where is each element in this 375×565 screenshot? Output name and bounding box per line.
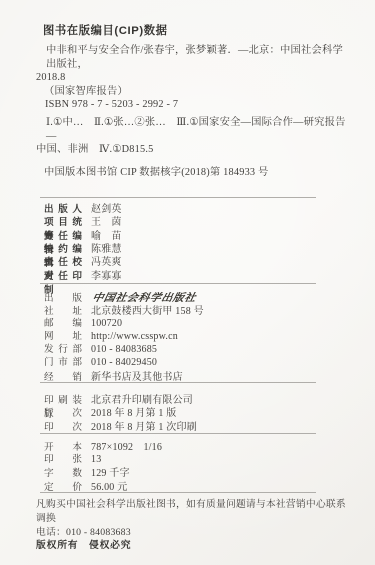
cip-class-line-2: 中国、非洲 Ⅳ.①D815.5 bbox=[36, 143, 347, 156]
divider-rule-2 bbox=[40, 283, 316, 284]
publisher-field-value: 新华书店及其他书店 bbox=[91, 368, 183, 383]
format-row: 字数 129 千字 bbox=[36, 464, 347, 477]
publisher-row: 发行部 010 - 84083685 bbox=[36, 341, 347, 354]
cip-record-line: 中国版本图书馆 CIP 数据核字(2018)第 184933 号 bbox=[44, 166, 347, 179]
format-field-label: 印张 bbox=[44, 451, 82, 465]
publisher-field-label: 网址 bbox=[44, 328, 82, 342]
printing-field-value: 2018 年 8 月第 1 次印刷 bbox=[91, 418, 197, 433]
publisher-website-url: http://www.csspw.cn bbox=[91, 331, 178, 342]
staff-row: 责任印制 李寡寡 bbox=[36, 267, 347, 280]
staff-row: 出版人 赵剑英 bbox=[36, 200, 347, 213]
format-block: 开本 787×1092 1/16 印张 13 字数 129 千字 定价 56.0… bbox=[36, 438, 347, 491]
cip-header: 图书在版编目(CIP)数据 bbox=[43, 25, 347, 38]
staff-row: 责任校对 冯英爽 bbox=[36, 253, 347, 266]
format-row: 开本 787×1092 1/16 bbox=[36, 438, 347, 451]
publisher-field-value: 100720 bbox=[91, 318, 122, 329]
cip-series-line: （国家智库报告） bbox=[44, 85, 347, 98]
publisher-row: 经销 新华书店及其他书店 bbox=[36, 368, 347, 381]
publisher-field-label: 门市部 bbox=[44, 354, 82, 368]
printing-row: 印次 2018 年 8 月第 1 次印刷 bbox=[36, 418, 347, 431]
footer-block: 凡购买中国社会科学出版社图书，如有质量问题请与本社营销中心联系调换 电话：010… bbox=[36, 498, 347, 553]
cip-block: 图书在版编目(CIP)数据 中非和平与安全合作/张春宇，张梦颖著．—北京：中国社… bbox=[36, 25, 347, 179]
format-price-value: 56.00 元 bbox=[91, 478, 127, 493]
format-field-value: 787×1092 1/16 bbox=[91, 438, 162, 453]
publisher-phone: 010 - 84083685 bbox=[91, 344, 157, 355]
service-phone: 电话：010 - 84083683 bbox=[36, 526, 347, 540]
cip-isbn-line: ISBN 978 - 7 - 5203 - 2992 - 7 bbox=[45, 98, 347, 111]
publisher-row: 网址 http://www.csspw.cn bbox=[36, 328, 347, 341]
format-row: 印张 13 bbox=[36, 451, 347, 464]
divider-rule-1 bbox=[40, 197, 316, 198]
cip-class-line-1: Ⅰ.①中… Ⅱ.①张…②张… Ⅲ.①国家安全—国际合作—研究报告— bbox=[46, 116, 347, 143]
publisher-field-label: 经销 bbox=[44, 369, 82, 383]
staff-block: 出版人 赵剑英 项目统筹 王 茵 责任编辑 喻 苗 特约编辑 陈雅慧 责任校对 … bbox=[36, 200, 347, 280]
publisher-field-label: 发行部 bbox=[44, 341, 82, 355]
publisher-row: 出版 中国社会科学出版社 bbox=[36, 289, 347, 302]
divider-rule-3 bbox=[40, 382, 316, 383]
format-field-label: 字数 bbox=[44, 465, 82, 479]
publisher-row: 邮编 100720 bbox=[36, 315, 347, 328]
divider-rule-4 bbox=[40, 433, 316, 434]
divider-rule-5 bbox=[40, 492, 316, 493]
staff-name: 李寡寡 bbox=[91, 267, 122, 282]
printing-block: 印刷装订 北京君升印刷有限公司 版次 2018 年 8 月第 1 版 印次 20… bbox=[36, 391, 347, 431]
printing-row: 印刷装订 北京君升印刷有限公司 bbox=[36, 391, 347, 404]
staff-row: 特约编辑 陈雅慧 bbox=[36, 240, 347, 253]
printing-field-label: 版次 bbox=[44, 405, 82, 419]
printing-row: 版次 2018 年 8 月第 1 版 bbox=[36, 404, 347, 417]
cip-year-line: 2018.8 bbox=[36, 71, 347, 84]
copyright-page: 图书在版编目(CIP)数据 中非和平与安全合作/张春宇，张梦颖著．—北京：中国社… bbox=[0, 0, 375, 565]
publisher-row: 门市部 010 - 84029450 bbox=[36, 354, 347, 367]
format-row: 定价 56.00 元 bbox=[36, 478, 347, 491]
publisher-block: 出版 中国社会科学出版社 社址 北京鼓楼西大街甲 158 号 邮编 100720… bbox=[36, 289, 347, 381]
publisher-field-label: 邮编 bbox=[44, 315, 82, 329]
printing-field-label: 印次 bbox=[44, 419, 82, 433]
staff-role-label: 出版人 bbox=[44, 201, 82, 215]
staff-row: 责任编辑 喻 苗 bbox=[36, 227, 347, 240]
cip-title-line: 中非和平与安全合作/张春宇，张梦颖著．—北京：中国社会科学出版社， bbox=[46, 44, 347, 71]
quality-notice: 凡购买中国社会科学出版社图书，如有质量问题请与本社营销中心联系调换 bbox=[36, 498, 347, 526]
publisher-field-label: 出版 bbox=[44, 290, 82, 304]
staff-row: 项目统筹 王 茵 bbox=[36, 213, 347, 226]
copyright-rights-notice: 版权所有 侵权必究 bbox=[36, 539, 347, 553]
format-field-label: 定价 bbox=[44, 479, 82, 493]
publisher-logo-script: 中国社会科学出版社 bbox=[91, 290, 198, 305]
